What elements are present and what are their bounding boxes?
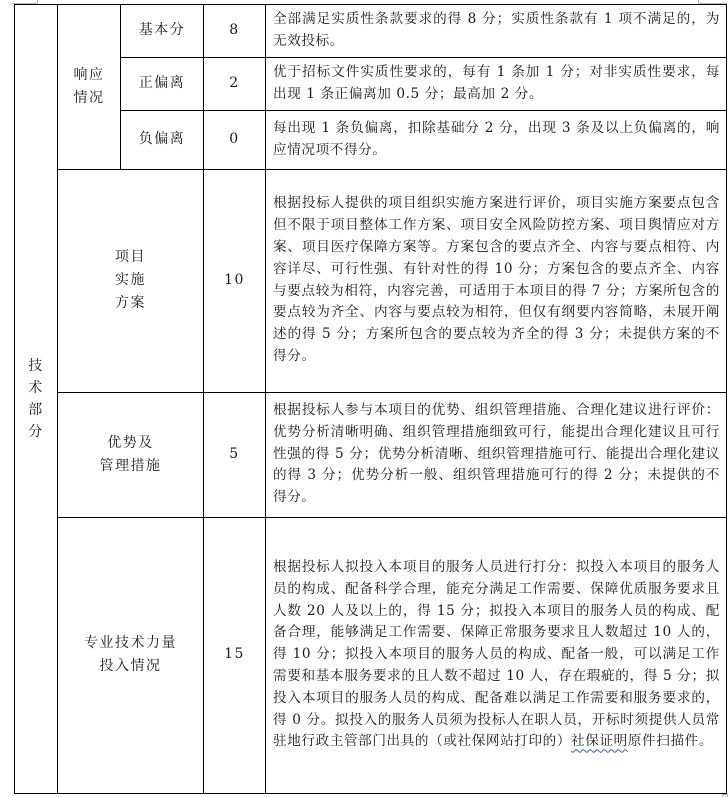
table-row-negative-deviation: 负偏离 0 每出现 1 条负偏离，扣除基础分 2 分，出现 3 条及以上负偏离的… xyxy=(15,110,727,169)
description-text-end: 原件扫描件。 xyxy=(628,733,713,749)
item-cell: 优势及 管理措施 xyxy=(58,392,204,517)
group-cell-response: 响应 情况 xyxy=(58,5,121,170)
item-cell: 专业技术力量 投入情况 xyxy=(58,517,204,793)
table-row-advantages-management: 优势及 管理措施 5 根据投标人参与本项目的优势、组织管理措施、合理化建议进行评… xyxy=(15,392,727,517)
description-cell: 根据投标人拟投入本项目的服务人员进行打分：拟投入本项目的服务人员的构成、配备科学… xyxy=(266,517,727,793)
item-cell: 负偏离 xyxy=(121,110,204,169)
score-cell: 2 xyxy=(204,57,266,110)
score-cell: 5 xyxy=(204,392,266,517)
item-cell: 基本分 xyxy=(121,5,204,58)
group-label-line-1: 响应 xyxy=(74,67,105,83)
scoring-criteria-table: 技术部分 响应 情况 基本分 8 全部满足实质性条款要求的得 8 分；实质性条款… xyxy=(14,4,727,794)
spellcheck-underlined-text[interactable]: 社保证明 xyxy=(571,733,628,749)
description-cell: 全部满足实质性条款要求的得 8 分；实质性条款有 1 项不满足的，为无效投标。 xyxy=(266,5,727,58)
section-label: 技术部分 xyxy=(28,355,45,443)
item-label-line-3: 方案 xyxy=(115,295,146,311)
description-cell: 根据投标人提供的项目组织实施方案进行评价，项目实施方案要点包含但不限于项目整体工… xyxy=(266,169,727,392)
score-cell: 15 xyxy=(204,517,266,793)
item-cell: 正偏离 xyxy=(121,57,204,110)
table-row-implementation-plan: 项目 实施 方案 10 根据投标人提供的项目组织实施方案进行评价，项目实施方案要… xyxy=(15,169,727,392)
section-cell-technical: 技术部分 xyxy=(15,5,58,794)
group-label-line-2: 情况 xyxy=(74,90,105,106)
item-cell: 项目 实施 方案 xyxy=(58,169,204,392)
item-label-line-2: 管理措施 xyxy=(100,458,162,474)
score-cell: 0 xyxy=(204,110,266,169)
description-cell: 根据投标人参与本项目的优势、组织管理措施、合理化建议进行评价：优势分析清晰明确、… xyxy=(266,392,727,517)
item-label-line-1: 优势及 xyxy=(107,435,154,451)
score-cell: 8 xyxy=(204,5,266,58)
description-cell: 每出现 1 条负偏离，扣除基础分 2 分，出现 3 条及以上负偏离的，响应情况项… xyxy=(266,110,727,169)
item-label-line-1: 专业技术力量 xyxy=(84,635,177,651)
score-cell: 10 xyxy=(204,169,266,392)
table-row-positive-deviation: 正偏离 2 优于招标文件实质性要求的，每有 1 条加 1 分；对非实质性要求，每… xyxy=(15,57,727,110)
description-text: 根据投标人拟投入本项目的服务人员进行打分：拟投入本项目的服务人员的构成、配备科学… xyxy=(273,559,720,749)
item-label-line-2: 实施 xyxy=(115,272,146,288)
description-cell: 优于招标文件实质性要求的，每有 1 条加 1 分；对非实质性要求，每出现 1 条… xyxy=(266,57,727,110)
item-label-line-2: 投入情况 xyxy=(100,658,162,674)
item-label-line-1: 项目 xyxy=(115,249,146,265)
table-row-technical-staffing: 专业技术力量 投入情况 15 根据投标人拟投入本项目的服务人员进行打分：拟投入本… xyxy=(15,517,727,793)
table-row-basic-score: 技术部分 响应 情况 基本分 8 全部满足实质性条款要求的得 8 分；实质性条款… xyxy=(15,5,727,58)
